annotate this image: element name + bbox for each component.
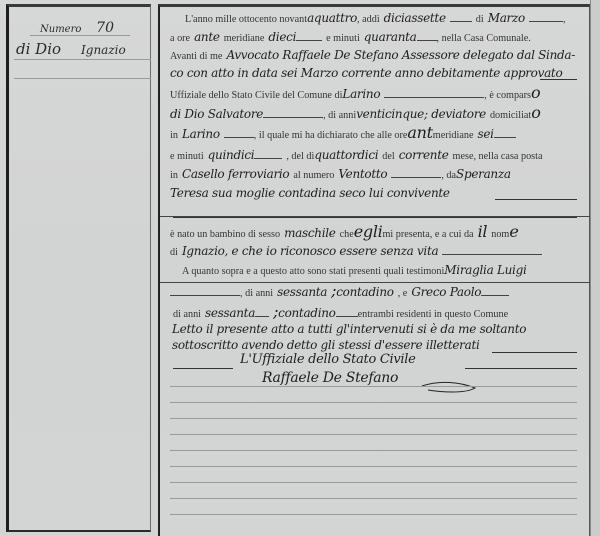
text-line-16: Letto il presente atto a tutti gl'interv… xyxy=(172,322,526,336)
handwritten-text: dieci xyxy=(268,30,296,44)
margin-rule xyxy=(14,59,151,60)
text-line-1: L'anno mille ottocento novantaquattro, a… xyxy=(185,11,565,27)
blank-rule xyxy=(255,308,269,317)
handwritten-text: o xyxy=(531,103,540,122)
handwritten-text: co con atto in data sei Marzo corrente a… xyxy=(170,66,562,80)
handwritten-text: Larino xyxy=(342,87,380,101)
text-line-12: di Ignazio, e che io riconosco essere se… xyxy=(170,244,542,260)
signature-title: L'Uffiziale dello Stato Civile xyxy=(240,352,416,367)
handwritten-text: Letto il presente atto a tutti gl'interv… xyxy=(172,322,526,336)
surname: di Dio xyxy=(16,40,61,58)
handwritten-text: diciassette xyxy=(384,11,446,25)
empty-rule xyxy=(170,386,577,387)
printed-text: meridiane xyxy=(433,130,474,141)
empty-rule xyxy=(170,434,577,435)
handwritten-text: Ignazio, e che io riconosco essere senza… xyxy=(182,244,438,258)
text-line-11: è nato un bambino di sesso maschile chee… xyxy=(170,225,519,242)
blank-rule xyxy=(254,150,282,159)
handwritten-text: Miraglia Luigi xyxy=(444,263,526,277)
handwritten-text: contadino xyxy=(278,306,335,320)
printed-text: , xyxy=(563,14,566,25)
numero-value: 70 xyxy=(96,20,114,36)
text-line-5: Uffiziale dello Stato Civile del Comune … xyxy=(170,86,540,103)
text-line-7: in Larino , il quale mi ha dichiarato ch… xyxy=(170,126,516,143)
printed-text: L'anno mille ottocento novant xyxy=(185,14,307,25)
fill-rule xyxy=(173,368,233,369)
margin-rule xyxy=(30,35,130,36)
text-line-6: di Dio Salvatore, di anniventicinque; de… xyxy=(170,106,541,123)
printed-text: , addì xyxy=(357,14,380,25)
printed-text: , del dì xyxy=(286,151,314,162)
empty-rule xyxy=(170,450,577,451)
handwritten-text: contadino xyxy=(336,285,393,299)
fill-rule xyxy=(492,352,577,353)
printed-text: al numero xyxy=(293,170,334,181)
empty-rule xyxy=(170,418,577,419)
printed-text: nom xyxy=(491,229,509,240)
printed-text: a ore xyxy=(170,33,190,44)
printed-text: A quanto sopra e a questo atto sono stat… xyxy=(182,266,444,277)
printed-text: e minuti xyxy=(326,33,360,44)
handwritten-text: sei xyxy=(478,127,494,141)
printed-text: , nella Casa Comunale. xyxy=(437,33,531,44)
handwritten-text: sottoscritto avendo detto gli stessi d'e… xyxy=(172,338,480,352)
text-line-14: , di anni sessanta ;contadino , e Greco … xyxy=(170,284,509,301)
printed-text: , il quale mi ha dichiarato che alle ore xyxy=(254,130,408,141)
handwritten-text: venticinque; deviatore xyxy=(356,107,486,121)
printed-text: , e xyxy=(398,288,408,299)
handwritten-text: quindici xyxy=(208,148,255,162)
empty-rule xyxy=(170,498,577,499)
handwritten-text: quaranta xyxy=(364,30,417,44)
section-divider xyxy=(160,216,590,217)
handwritten-text: sessanta xyxy=(205,306,255,320)
printed-text: di xyxy=(476,14,484,25)
text-line-9: in Casello ferroviario al numero Ventott… xyxy=(170,167,511,183)
officer-signature: Raffaele De Stefano xyxy=(262,370,398,386)
blank-rule xyxy=(481,287,509,296)
blank-rule xyxy=(450,13,472,22)
fill-rule xyxy=(465,368,577,369)
printed-text: del xyxy=(382,151,394,162)
handwritten-text: o xyxy=(531,83,540,102)
handwritten-text: Avvocato Raffaele De Stefano Assessore d… xyxy=(226,48,575,62)
handwritten-text: quattordici xyxy=(314,148,378,162)
text-line-10: Teresa sua moglie contadina seco lui con… xyxy=(170,186,450,200)
handwritten-text: Ventotto xyxy=(338,167,387,181)
printed-text: Avanti di me xyxy=(170,51,222,62)
handwritten-text: ant xyxy=(407,123,432,142)
printed-text: , è compars xyxy=(484,90,531,101)
blank-rule xyxy=(384,89,484,98)
handwritten-text: ante xyxy=(194,30,220,44)
numero-label: Numero xyxy=(40,24,81,35)
handwritten-text: Speranza xyxy=(456,167,511,181)
handwritten-text: egli xyxy=(354,222,383,241)
empty-rule xyxy=(170,466,577,467)
text-line-17: sottoscritto avendo detto gli stessi d'e… xyxy=(172,338,480,352)
printed-text: mese, nella casa posta xyxy=(453,151,543,162)
text-line-4: co con atto in data sei Marzo corrente a… xyxy=(170,66,562,80)
margin-rule xyxy=(14,78,151,79)
margin-number: Numero 70 xyxy=(40,20,114,36)
fill-rule xyxy=(540,79,577,80)
blank-rule xyxy=(417,32,437,41)
empty-rule xyxy=(170,482,577,483)
printed-text: , di anni xyxy=(240,288,273,299)
printed-text: di anni xyxy=(173,309,201,320)
handwritten-text: e xyxy=(509,222,518,241)
printed-text: in xyxy=(170,130,178,141)
handwritten-text: Greco Paolo xyxy=(411,285,481,299)
handwritten-text: Casello ferroviario xyxy=(182,167,289,181)
text-line-15: di anni sessanta ;contadinoentrambi resi… xyxy=(173,305,508,322)
section-divider xyxy=(160,282,590,283)
text-line-13: A quanto sopra e a questo atto sono stat… xyxy=(182,263,527,279)
blank-rule xyxy=(391,169,441,178)
text-line-3: Avanti di me Avvocato Raffaele De Stefan… xyxy=(170,48,575,64)
blank-rule xyxy=(224,129,254,138)
fill-rule xyxy=(173,217,577,218)
empty-rule xyxy=(170,514,577,515)
blank-rule xyxy=(529,13,563,22)
handwritten-text: aquattro xyxy=(307,11,357,25)
printed-text: e minuti xyxy=(170,151,204,162)
printed-text: , da xyxy=(441,170,456,181)
handwritten-text: il xyxy=(478,222,488,241)
text-line-2: a ore ante meridiane dieci e minuti quar… xyxy=(170,30,531,46)
printed-text: entrambi residenti in questo Comune xyxy=(358,309,509,320)
printed-text: Uffiziale dello Stato Civile del Comune … xyxy=(170,90,342,101)
text-line-8: e minuti quindici , del dìquattordici de… xyxy=(170,148,542,164)
printed-text: in xyxy=(170,170,178,181)
blank-rule xyxy=(442,246,542,255)
adjacent-page-edge xyxy=(590,0,600,536)
handwritten-text: di Dio Salvatore xyxy=(170,107,263,121)
handwritten-text: Teresa sua moglie contadina seco lui con… xyxy=(170,186,450,200)
printed-text: , di anni xyxy=(323,110,356,121)
register-page: Numero 70 di Dio Ignazio L'anno mille ot… xyxy=(0,0,600,536)
blank-rule xyxy=(170,287,240,296)
printed-text: di xyxy=(170,247,178,258)
blank-rule xyxy=(336,308,358,317)
printed-text: domiciliat xyxy=(490,110,531,121)
blank-rule xyxy=(263,109,323,118)
printed-text: che xyxy=(340,229,354,240)
handwritten-text: Larino xyxy=(182,127,220,141)
blank-rule xyxy=(296,32,322,41)
handwritten-text: sessanta xyxy=(277,285,327,299)
blank-rule xyxy=(494,129,516,138)
signature-flourish xyxy=(420,378,480,398)
handwritten-text: corrente xyxy=(399,148,449,162)
margin-name: di Dio Ignazio xyxy=(16,40,126,59)
handwritten-text: Marzo xyxy=(488,11,525,25)
empty-rule xyxy=(170,402,577,403)
printed-text: meridiane xyxy=(224,33,265,44)
margin-column xyxy=(6,4,151,532)
handwritten-text: maschile xyxy=(284,226,336,240)
printed-text: è nato un bambino di sesso xyxy=(170,229,280,240)
fill-rule xyxy=(495,199,577,200)
printed-text: mi presenta, e a cui da xyxy=(383,229,474,240)
given-name: Ignazio xyxy=(81,43,126,57)
